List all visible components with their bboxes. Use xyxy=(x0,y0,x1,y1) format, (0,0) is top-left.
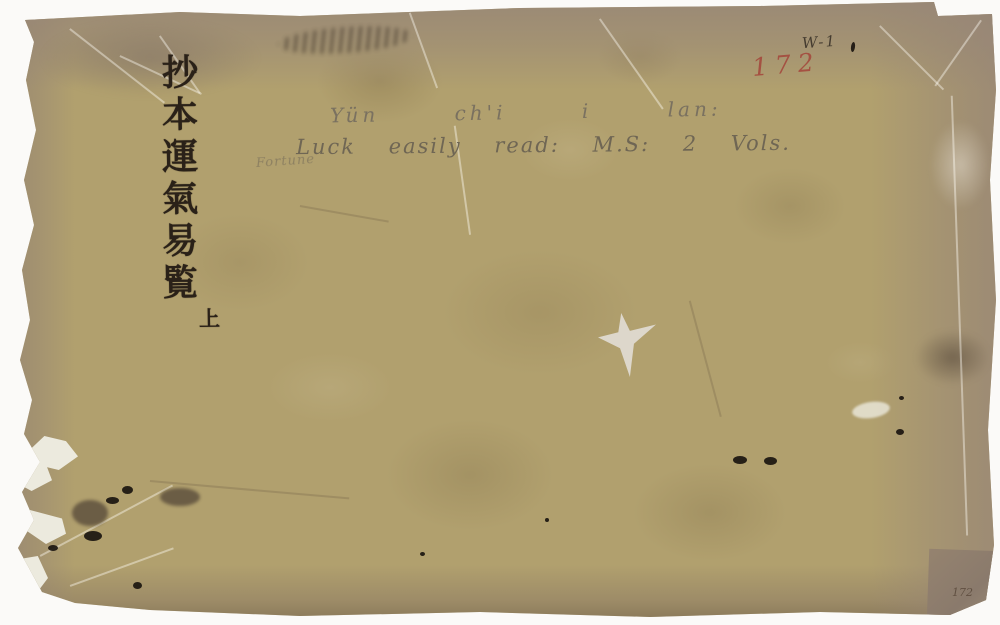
crease-line xyxy=(599,18,663,109)
volume-char: 上 xyxy=(199,307,220,331)
title-char: 覧 xyxy=(162,262,199,305)
ink-smear xyxy=(72,500,108,526)
title-char: 抄 xyxy=(162,52,199,95)
ink-blot xyxy=(122,486,133,494)
ink-blot xyxy=(106,497,119,504)
tear-patch xyxy=(14,556,48,596)
pencil-note: Fortune xyxy=(256,152,316,171)
ink-blot xyxy=(84,531,102,541)
title-char: 運 xyxy=(162,136,199,179)
photo-background: 抄 本 運 氣 易 覧 上 Yün ch'i i lan: Luck easil… xyxy=(0,0,1000,625)
crease-line xyxy=(879,25,944,90)
crease-line xyxy=(70,547,174,586)
worn-area xyxy=(930,120,990,210)
red-edge-spot xyxy=(2,8,16,26)
red-edge-spot xyxy=(2,202,12,216)
crease-line xyxy=(934,20,981,86)
ink-blot xyxy=(545,518,549,522)
crease-line xyxy=(409,12,438,88)
tear-patch xyxy=(598,313,656,377)
ink-blot xyxy=(850,42,855,52)
ink-smear xyxy=(160,488,200,506)
title-char: 易 xyxy=(162,220,199,263)
corner-number: 172 xyxy=(952,586,973,599)
crease-line xyxy=(300,205,389,222)
manuscript-cover: 抄 本 運 氣 易 覧 上 Yün ch'i i lan: Luck easil… xyxy=(0,0,1000,625)
crossed-out-scribble xyxy=(277,22,413,57)
red-number: 172 xyxy=(751,47,822,82)
title-char: 氣 xyxy=(162,178,199,221)
title-char: 本 xyxy=(162,94,199,137)
ink-blot xyxy=(899,396,904,400)
ink-blot xyxy=(48,545,58,551)
ink-blot xyxy=(420,552,425,556)
tear-patch xyxy=(851,399,891,420)
worn-area xyxy=(915,330,990,385)
translation-inscription: Luck easily read: M.S: 2 Vols. xyxy=(296,131,791,159)
ink-blot xyxy=(896,429,904,435)
tear-patch xyxy=(30,436,78,470)
crease-line xyxy=(689,301,722,417)
ink-blot xyxy=(133,582,142,589)
romanization-inscription: Yün ch'i i lan: xyxy=(330,97,722,128)
red-edge-spot xyxy=(4,342,12,354)
ink-blot xyxy=(733,456,747,464)
vertical-title: 抄 本 運 氣 易 覧 上 xyxy=(148,52,212,331)
tear-patch xyxy=(26,510,66,544)
ink-blot xyxy=(764,457,777,465)
